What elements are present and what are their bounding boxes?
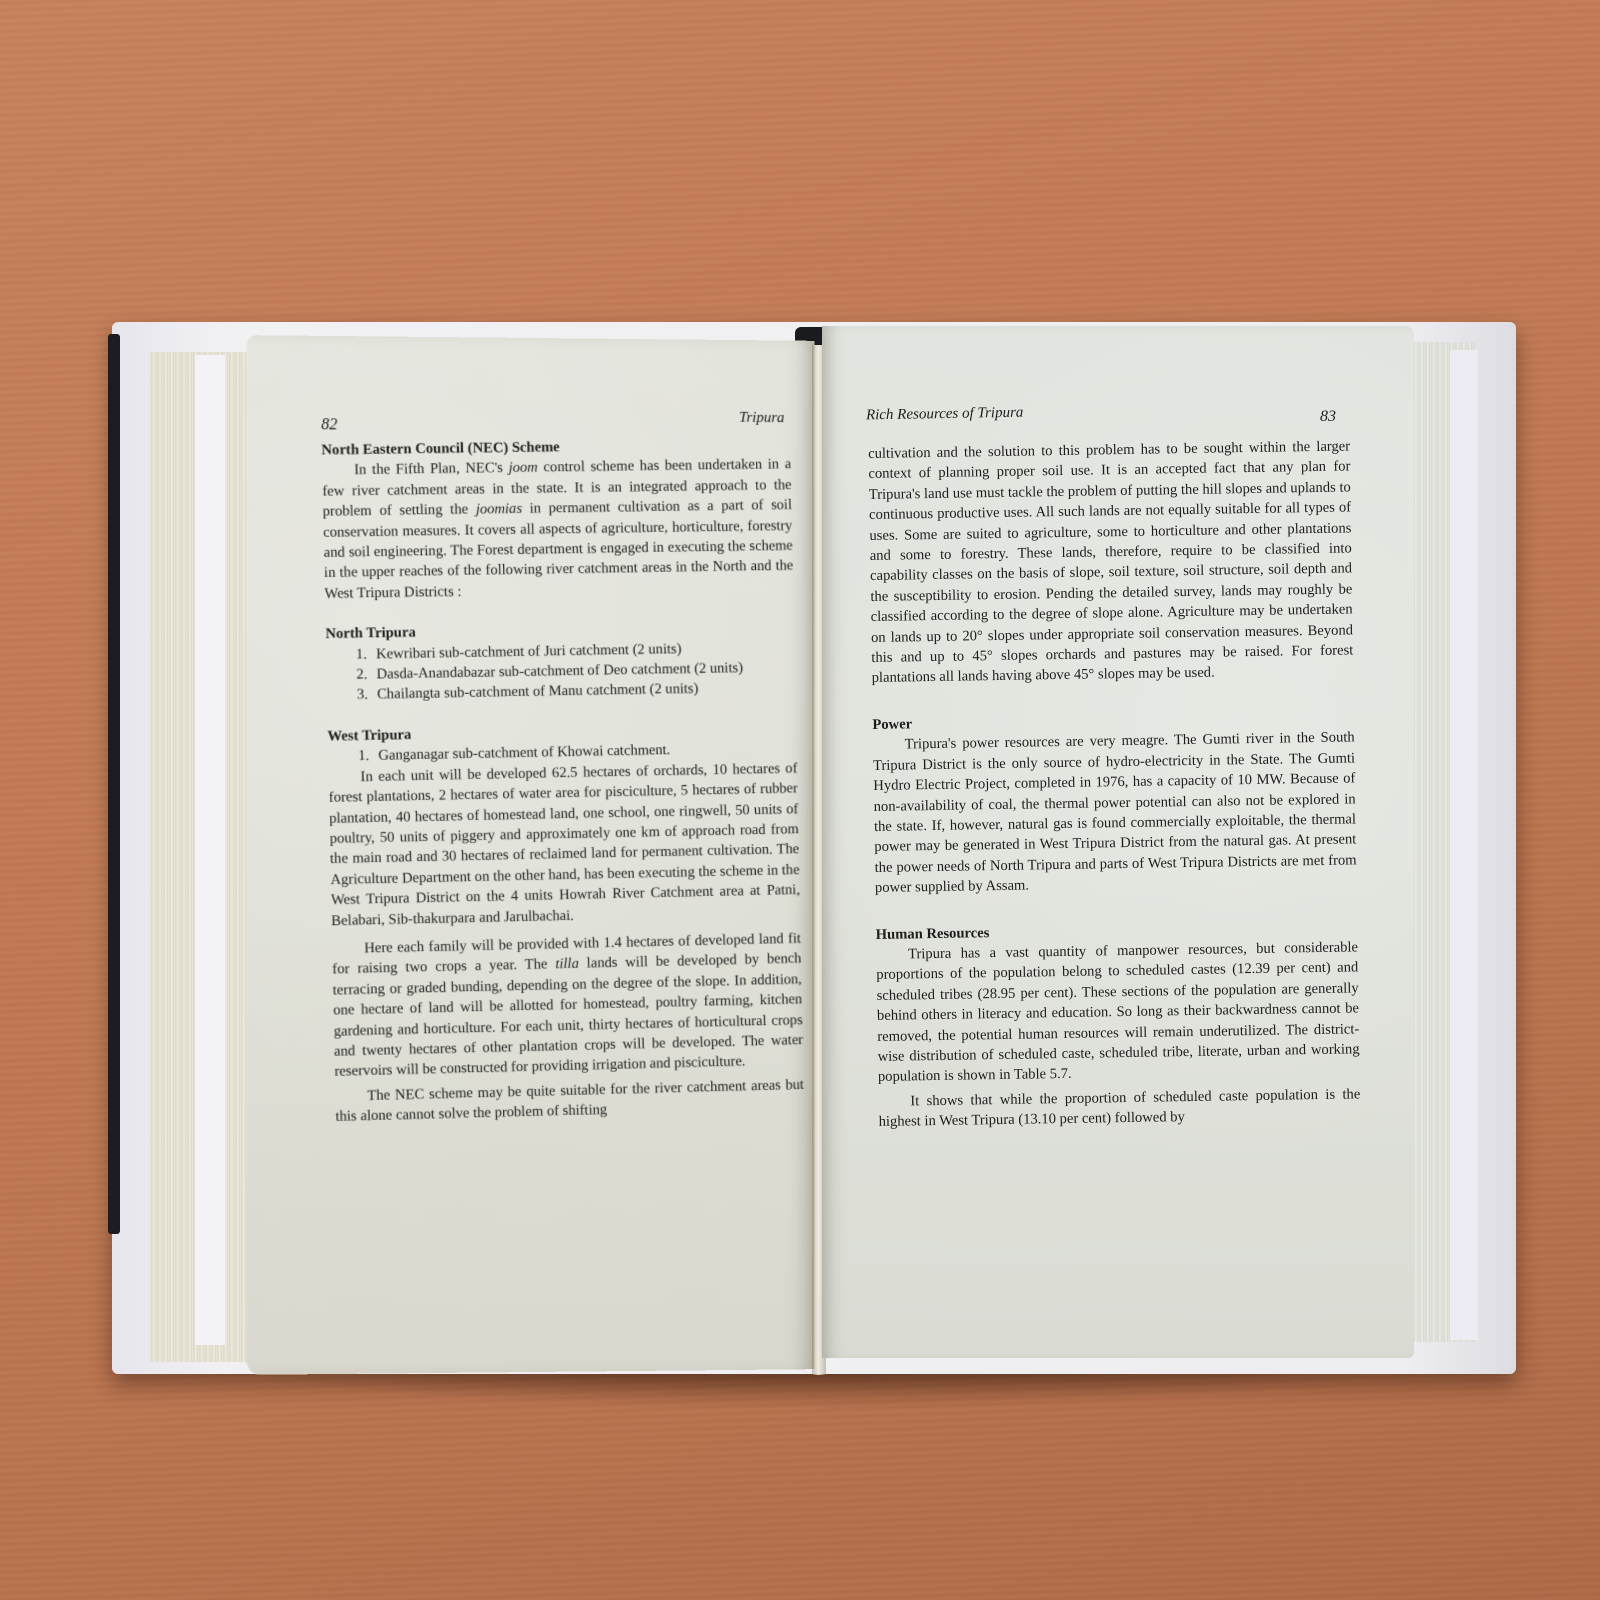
left-page-body: North Eastern Council (NEC) Scheme In th…: [321, 434, 804, 1127]
page-number: 82: [321, 416, 337, 434]
left-insert-sheet: [195, 355, 225, 1345]
north-tripura-list: 1.Kewribari sub-catchment of Juri catchm…: [326, 637, 796, 706]
running-head: Rich Resources of Tripura: [866, 405, 1024, 425]
human-resources-paragraph: Tripura has a vast quantity of manpower …: [876, 937, 1360, 1087]
cover-spine-edge: [108, 334, 120, 1234]
page-number: 83: [1320, 408, 1336, 426]
power-paragraph: Tripura's power resources are very meagr…: [873, 728, 1358, 899]
nec-paragraph: The NEC scheme may be quite suitable for…: [335, 1075, 805, 1128]
left-page: 82 Tripura North Eastern Council (NEC) S…: [247, 335, 815, 1375]
right-page-body: cultivation and the solution to this pro…: [868, 436, 1361, 1132]
units-paragraph: In each unit will be developed 62.5 hect…: [328, 758, 800, 931]
intro-paragraph: In the Fifth Plan, NEC's joom control sc…: [322, 455, 794, 605]
family-paragraph: Here each family will be provided with 1…: [332, 929, 804, 1083]
right-page: Rich Resources of Tripura 83 cultivation…: [822, 326, 1414, 1358]
right-insert-sheet: [1450, 350, 1478, 1340]
running-head: Tripura: [739, 410, 784, 427]
scheduled-caste-paragraph: It shows that while the proportion of sc…: [878, 1084, 1361, 1132]
continued-paragraph: cultivation and the solution to this pro…: [868, 436, 1354, 688]
